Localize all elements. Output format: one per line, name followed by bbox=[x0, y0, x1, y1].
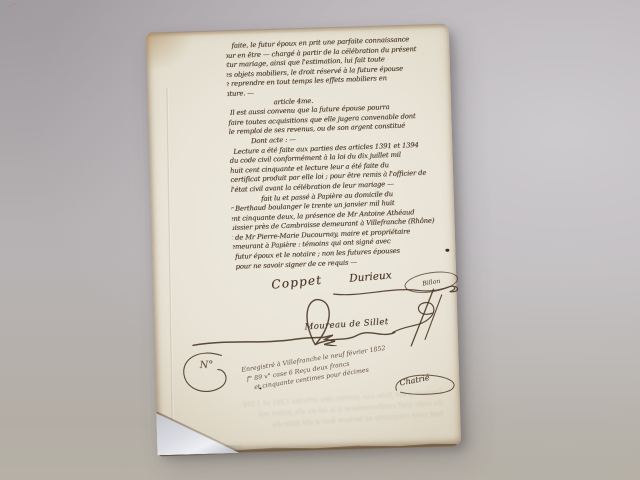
signature-billon-label: Billon bbox=[422, 277, 441, 287]
paper-browned-corner bbox=[146, 31, 220, 91]
ink-bleedthrough: Lecture a été faite aux parties des arti… bbox=[216, 387, 444, 435]
paper-crease bbox=[166, 88, 175, 441]
signature-coppet: Coppet bbox=[271, 273, 323, 292]
manuscript-text: faite, le futur époux en prit une parfai… bbox=[225, 34, 455, 272]
registration-paraph: N° bbox=[175, 347, 236, 397]
paraph-mark-label: N° bbox=[200, 360, 214, 371]
background-scratch bbox=[6, 2, 20, 15]
ink-blot bbox=[445, 249, 449, 252]
ink-blot bbox=[259, 387, 261, 389]
paraph-loop bbox=[175, 347, 236, 397]
paper-sheet: faite, le futur époux en prit une parfai… bbox=[146, 25, 461, 454]
photo-of-document: faite, le futur époux en prit une parfai… bbox=[0, 0, 640, 480]
